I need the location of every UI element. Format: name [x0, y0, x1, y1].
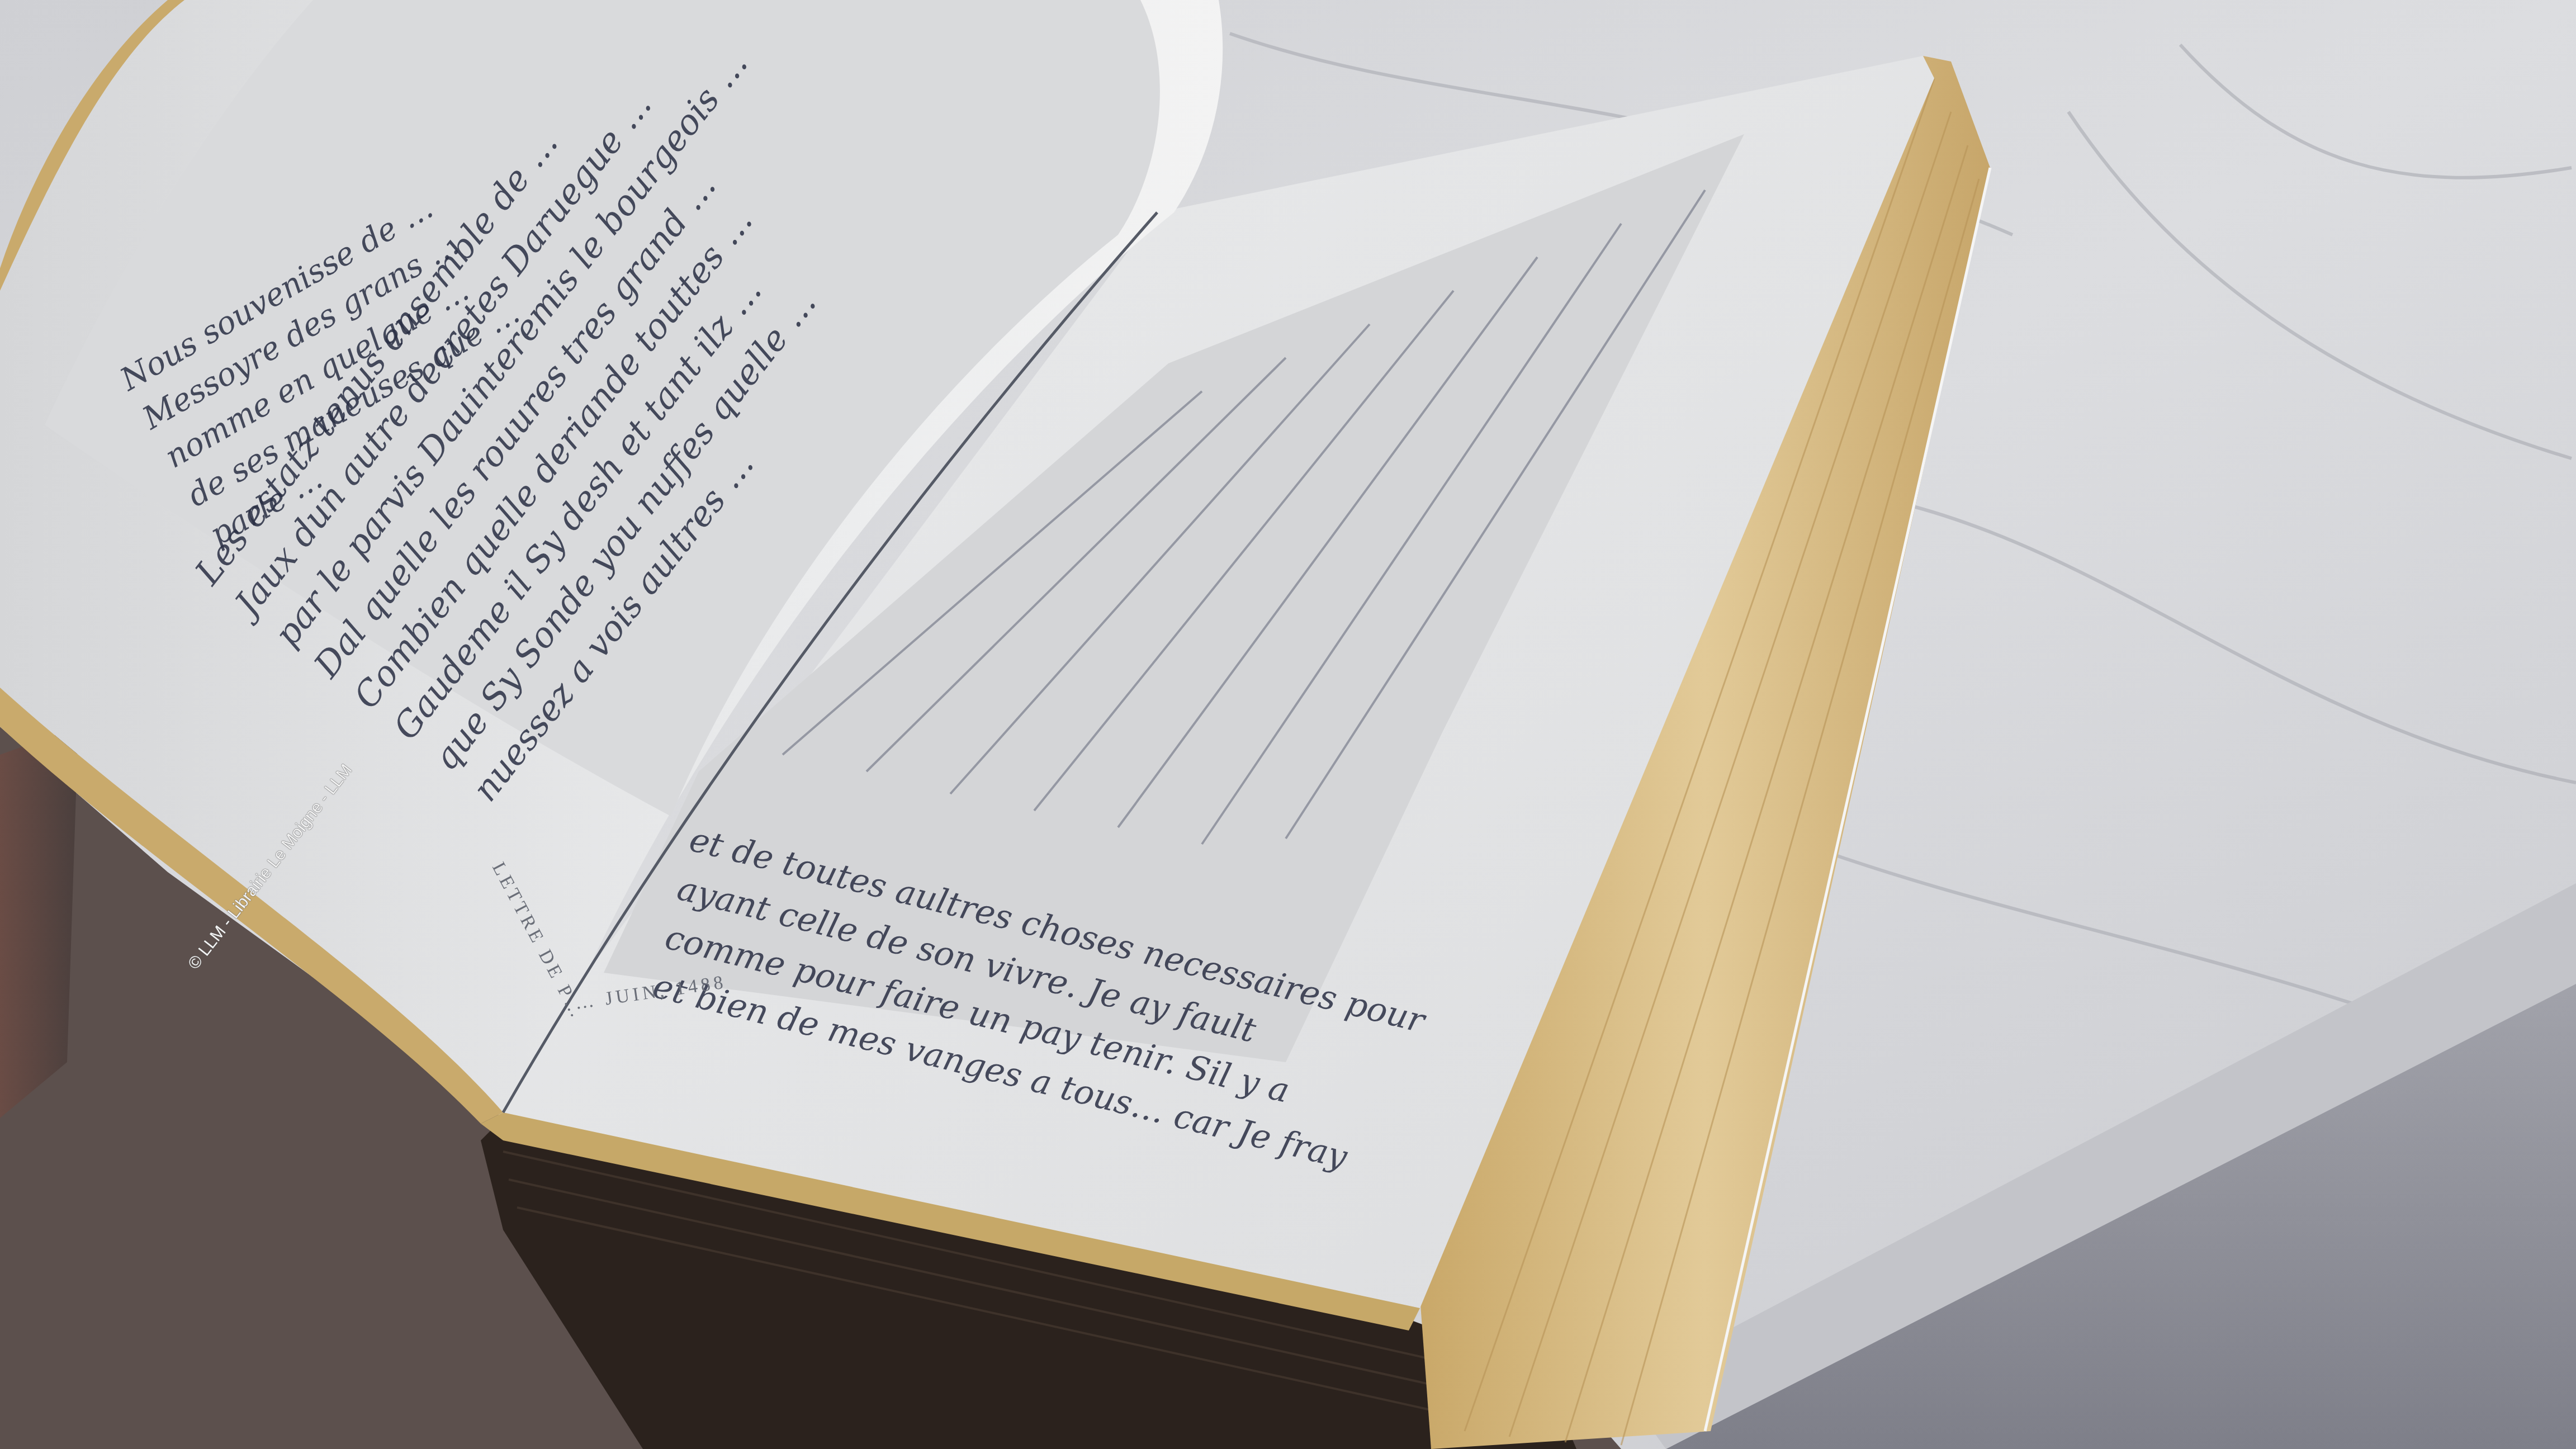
book-photo: Les estatz tenus ensemble de … Jaux dun … [0, 0, 2576, 1449]
hand-finger [0, 727, 78, 1118]
book-photo-scene: Les estatz tenus ensemble de … Jaux dun … [0, 0, 2576, 1449]
